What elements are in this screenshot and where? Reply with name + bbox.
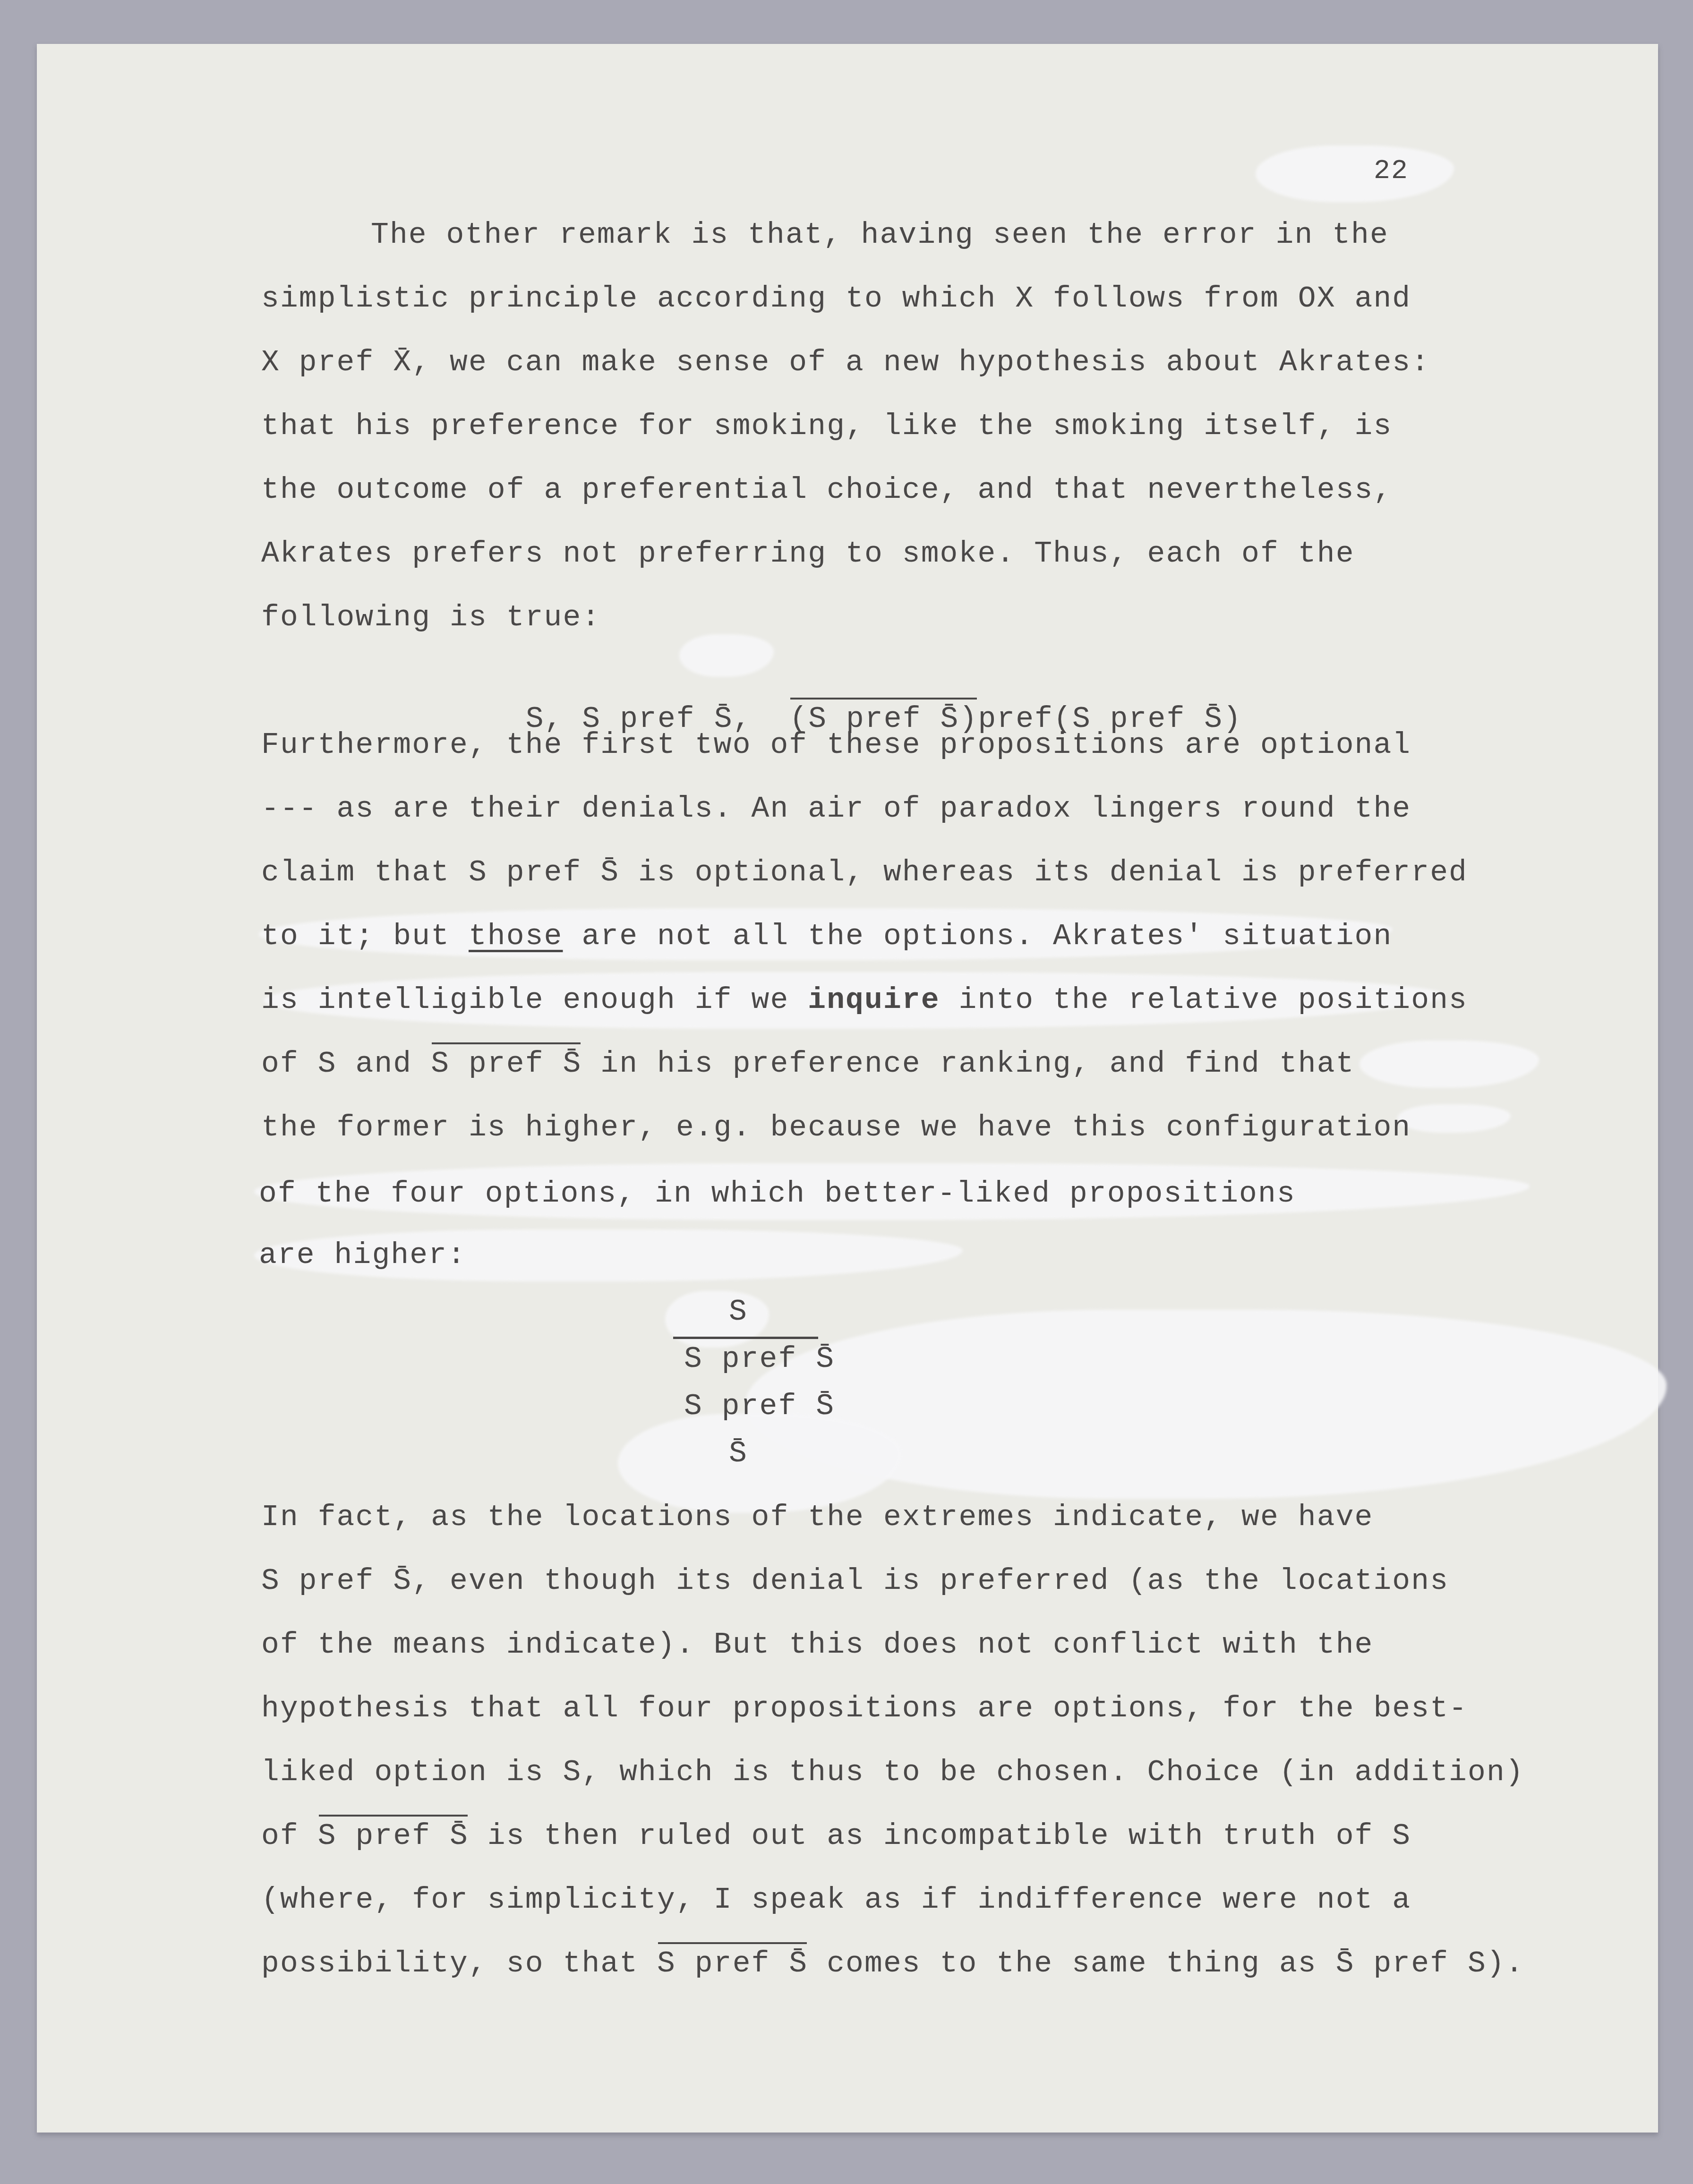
text-line: is intelligible enough if we inquire int… (261, 981, 1468, 1019)
text-span: of (261, 1819, 318, 1853)
document-page: 22 The other remark is that, having seen… (37, 44, 1658, 2133)
text-line: --- as are their denials. An air of para… (261, 790, 1411, 828)
config-divider (673, 1337, 818, 1339)
text-line: following is true: (261, 599, 600, 637)
text-line: of the means indicate). But this does no… (261, 1626, 1373, 1664)
text-line: to it; but those are not all the options… (261, 918, 1392, 955)
text-line: claim that S pref S̄ is optional, wherea… (261, 854, 1468, 892)
bold-word: inquire (808, 983, 940, 1017)
whiteout-patch-7 (665, 1291, 769, 1348)
text-span: is intelligible enough if we (261, 983, 808, 1017)
config-item-bottom: S̄ (729, 1435, 748, 1473)
text-line: of S pref S̄ is then ruled out as incomp… (261, 1817, 1411, 1855)
text-line: Furthermore, the first two of these prop… (261, 726, 1411, 764)
page-number: 22 (1374, 153, 1409, 190)
whiteout-patch-4 (1397, 1104, 1511, 1133)
text-line: liked option is S, which is thus to be c… (261, 1754, 1524, 1792)
text-span: are not all the options. Akrates' situat… (563, 920, 1393, 953)
text-line: of the four options, in which better-lik… (259, 1175, 1296, 1213)
overlined-expression: S pref S̄ (431, 1045, 581, 1083)
text-span: comes to the same thing as S̄ pref S). (808, 1947, 1524, 1980)
text-line: the outcome of a preferential choice, an… (261, 471, 1392, 509)
overlined-expression: S pref S̄ (657, 1945, 808, 1983)
underlined-word: those (469, 920, 563, 953)
whiteout-patch-pagenum (1256, 145, 1454, 202)
text-line: the former is higher, e.g. because we ha… (261, 1109, 1411, 1147)
config-item: S pref S̄ (684, 1340, 835, 1378)
text-line: that his preference for smoking, like th… (261, 408, 1392, 445)
config-item-top: S (729, 1293, 748, 1331)
text-line: The other remark is that, having seen th… (371, 216, 1389, 254)
text-span: to it; but (261, 920, 469, 953)
text-line: are higher: (259, 1237, 466, 1274)
text-span: of S and (261, 1047, 431, 1081)
text-line: possibility, so that S pref S̄ comes to … (261, 1945, 1524, 1983)
config-item: S pref S̄ (684, 1388, 835, 1425)
text-line: simplistic principle according to which … (261, 280, 1411, 318)
text-line: In fact, as the locations of the extreme… (261, 1499, 1373, 1536)
text-line: (where, for simplicity, I speak as if in… (261, 1881, 1411, 1919)
text-span: possibility, so that (261, 1947, 657, 1980)
text-span: into the relative positions (940, 983, 1468, 1017)
whiteout-patch-3 (1360, 1041, 1539, 1088)
text-span: is then ruled out as incompatible with t… (469, 1819, 1411, 1853)
text-line: of S and S pref S̄ in his preference ran… (261, 1045, 1355, 1083)
text-span: in his preference ranking, and find that (581, 1047, 1354, 1081)
overlined-expression: S pref S̄ (318, 1817, 469, 1855)
text-line: X pref X̄, we can make sense of a new hy… (261, 344, 1430, 382)
text-line: hypothesis that all four propositions ar… (261, 1690, 1468, 1728)
whiteout-patch-9 (618, 1414, 901, 1513)
text-line: S pref S̄, even though its denial is pre… (261, 1562, 1449, 1600)
text-line: Akrates prefers not preferring to smoke.… (261, 535, 1355, 573)
